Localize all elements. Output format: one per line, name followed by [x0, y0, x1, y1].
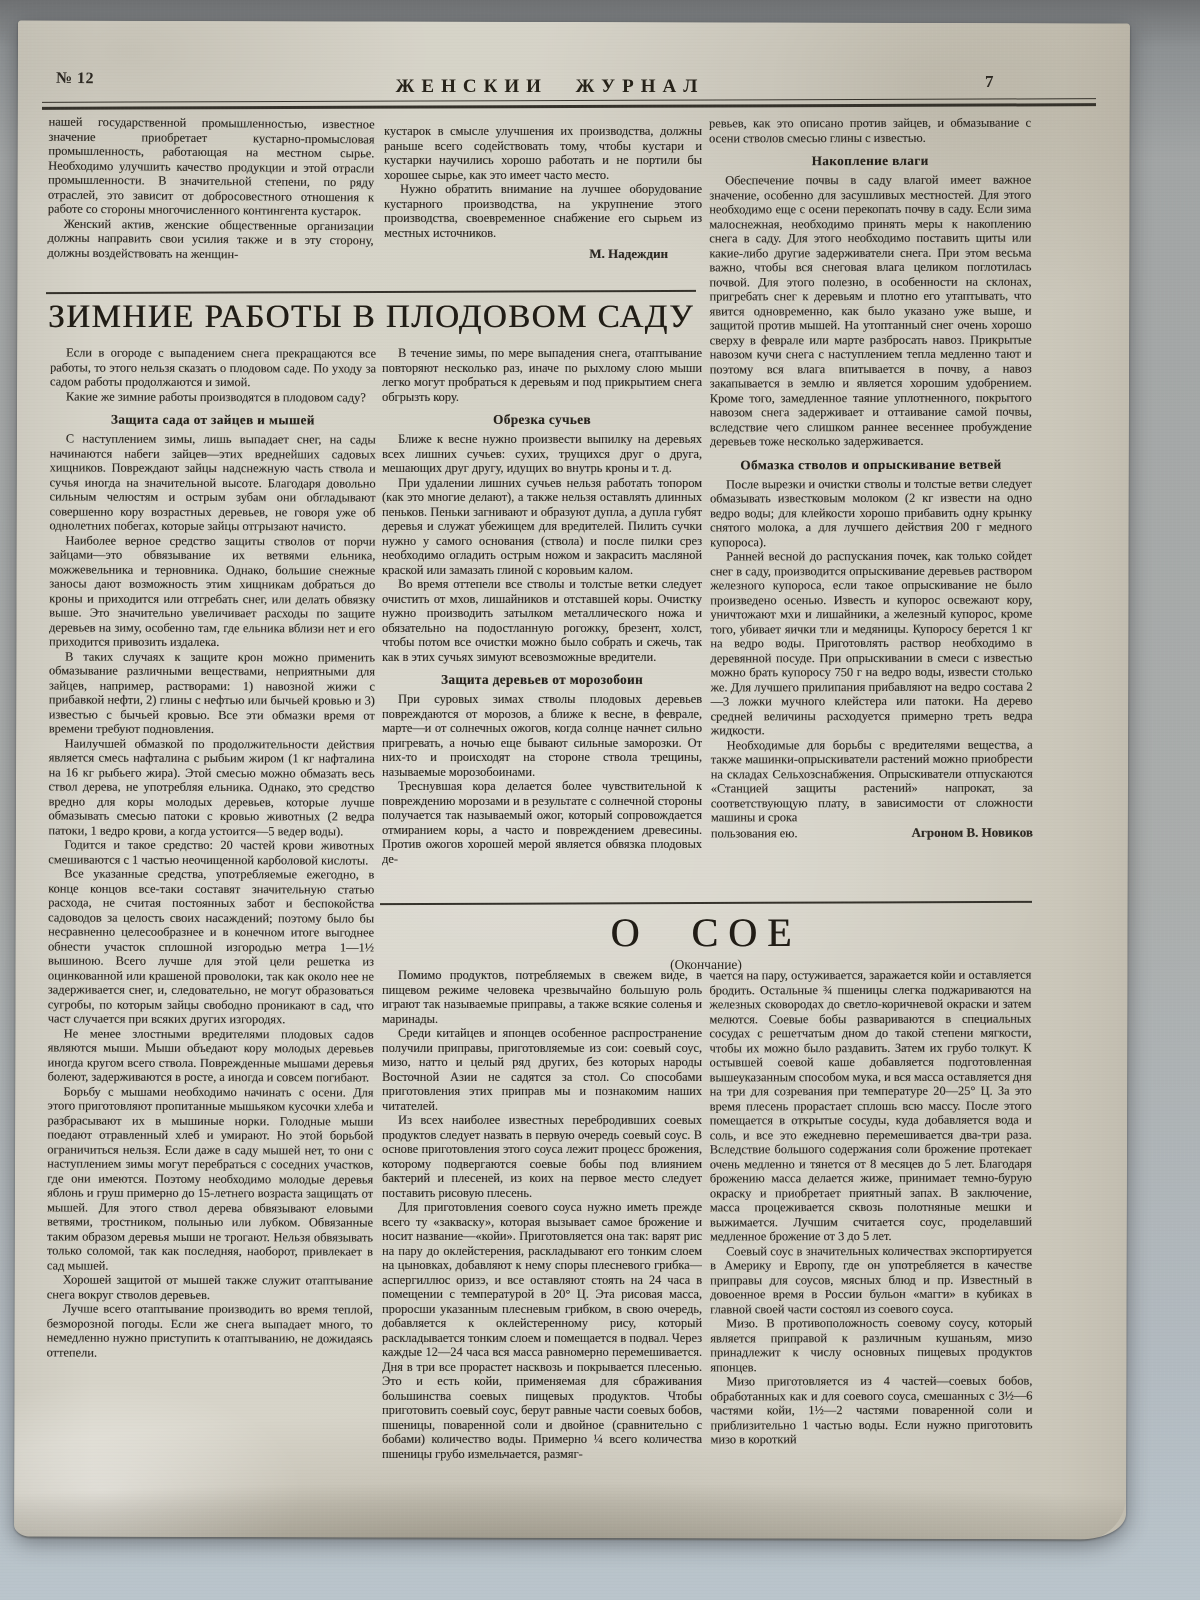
paragraph: ревьев, как это описано против зайцев, и… [709, 116, 1031, 146]
paragraph: Помимо продуктов, потребляемых в свежем … [382, 968, 702, 1026]
author-signature: Агроном В. Новиков [911, 825, 1032, 840]
soy-article-col1: Помимо продуктов, потребляемых в свежем … [382, 968, 702, 1544]
soy-article-col2: чается на пару, остуживается, заражается… [709, 968, 1033, 1545]
paragraph: После вырезки и очистки стволы и толстые… [710, 476, 1032, 549]
paragraph: Все указанные средства, употребляемые еж… [48, 866, 375, 1027]
soy-article-title: О СОЕ [380, 912, 1032, 954]
section-heading: Обрезка сучьев [382, 412, 702, 427]
paragraph: Если в огороде с выпадением снега прекра… [50, 345, 376, 390]
section-heading: Обмазка стволов и опрыскивание ветвей [710, 456, 1032, 472]
orchard-article-title: ЗИМНИЕ РАБОТЫ В ПЛОДОВОМ САДУ [46, 299, 696, 335]
paragraph: Наилучшей обмазкой по продолжительности … [48, 736, 374, 839]
orchard-article-col1: Если в огороде с выпадением снега прекра… [46, 345, 376, 1522]
journal-title: ЖЕНСКИИ ЖУРНАЛ [300, 76, 800, 98]
lead-article-col2: кустарок в смысле улучшения их производс… [384, 124, 702, 262]
paragraph: Среди китайцев и японцев особенное распр… [382, 1026, 702, 1113]
paragraph: Треснувшая кора делается более чувствите… [382, 779, 702, 866]
paragraph: Соевый соус в значительных количествах э… [710, 1243, 1032, 1316]
paragraph: Для приготовления соевого соуса нужно им… [382, 1200, 702, 1461]
paragraph: Мизо приготовляется из 4 частей—соевых б… [710, 1374, 1032, 1447]
paragraph-tail: пользования ею. [711, 826, 798, 841]
section-heading: Защита деревьев от морозобоин [382, 672, 702, 687]
paragraph: При суровых зимах стволы плодовых деревь… [382, 692, 702, 779]
paragraph: Наиболее верное средство защиты стволов … [49, 533, 375, 650]
paragraph: Мизо. В противоположность соевому соусу,… [710, 1316, 1032, 1375]
paragraph: Нужно обратить внимание на лучшее оборуд… [384, 182, 702, 240]
section-heading: Накопление влаги [709, 153, 1031, 169]
paragraph: Ранней весной до распускания почек, как … [710, 549, 1032, 738]
paragraph: чается на пару, остуживается, заражается… [709, 968, 1032, 1244]
section-divider-rule [380, 901, 1032, 905]
paragraph: кустарок в смысле улучшения их производс… [384, 124, 702, 182]
section-heading: Защита сада от зайцев и мышей [50, 411, 376, 427]
paragraph: Во время оттепели все стволы и толстые в… [382, 577, 702, 664]
page-number: 7 [985, 72, 994, 92]
paragraph: Обеспечение почвы в саду влагой имеет ва… [709, 173, 1032, 449]
paragraph: нашей государственной промышленностью, и… [48, 115, 375, 219]
header-rule-thin [42, 98, 1096, 103]
lead-article-col1: нашей государственной промышленностью, и… [47, 115, 374, 263]
paragraph: Женский актив, женские общественные орга… [47, 216, 373, 262]
scanned-magazine-page: № 12 ЖЕНСКИИ ЖУРНАЛ 7 нашей государствен… [0, 0, 1200, 1600]
soy-article-header: О СОЕ (Окончание) [380, 912, 1032, 973]
paragraph: В таких случаях к защите крон можно прим… [49, 649, 375, 737]
paragraph: Не менее злостными вредителями плодовых … [47, 1026, 373, 1085]
paragraph: Ближе к весне нужно произвести выпилку н… [382, 432, 702, 476]
paragraph: Необходимые для борьбы с вредителями вещ… [711, 737, 1033, 825]
orchard-article-col3: ревьев, как это описано против зайцев, и… [709, 116, 1033, 901]
section-divider-rule [46, 290, 696, 294]
author-signature: М. Надеждин [384, 247, 702, 262]
orchard-article-col2: В течение зимы, по мере выпадения снега,… [382, 346, 702, 898]
paragraph: Годится и такое средство: 20 частей кров… [48, 837, 374, 867]
header-rule-thick [42, 103, 1096, 109]
page-content: № 12 ЖЕНСКИИ ЖУРНАЛ 7 нашей государствен… [0, 0, 1200, 1600]
paragraph: Хорошей защитой от мышей также служит от… [47, 1272, 373, 1302]
paragraph: В течение зимы, по мере выпадения снега,… [382, 346, 702, 404]
paragraph: Борьбу с мышами необходимо начинать с ос… [47, 1084, 374, 1274]
paragraph: Какие же зимние работы производятся в пл… [50, 389, 376, 405]
paragraph: Лучше всего отаптывание производить во в… [47, 1301, 373, 1360]
paragraph: С наступлением зимы, лишь выпадает снег,… [49, 431, 375, 534]
paragraph: При удалении лишних сучьев нельзя работа… [382, 476, 702, 578]
signature-row: пользования ею. Агроном В. Новиков [711, 825, 1033, 840]
paragraph: Из всех наиболее известных перебродивших… [382, 1113, 702, 1200]
issue-number: № 12 [56, 70, 94, 88]
